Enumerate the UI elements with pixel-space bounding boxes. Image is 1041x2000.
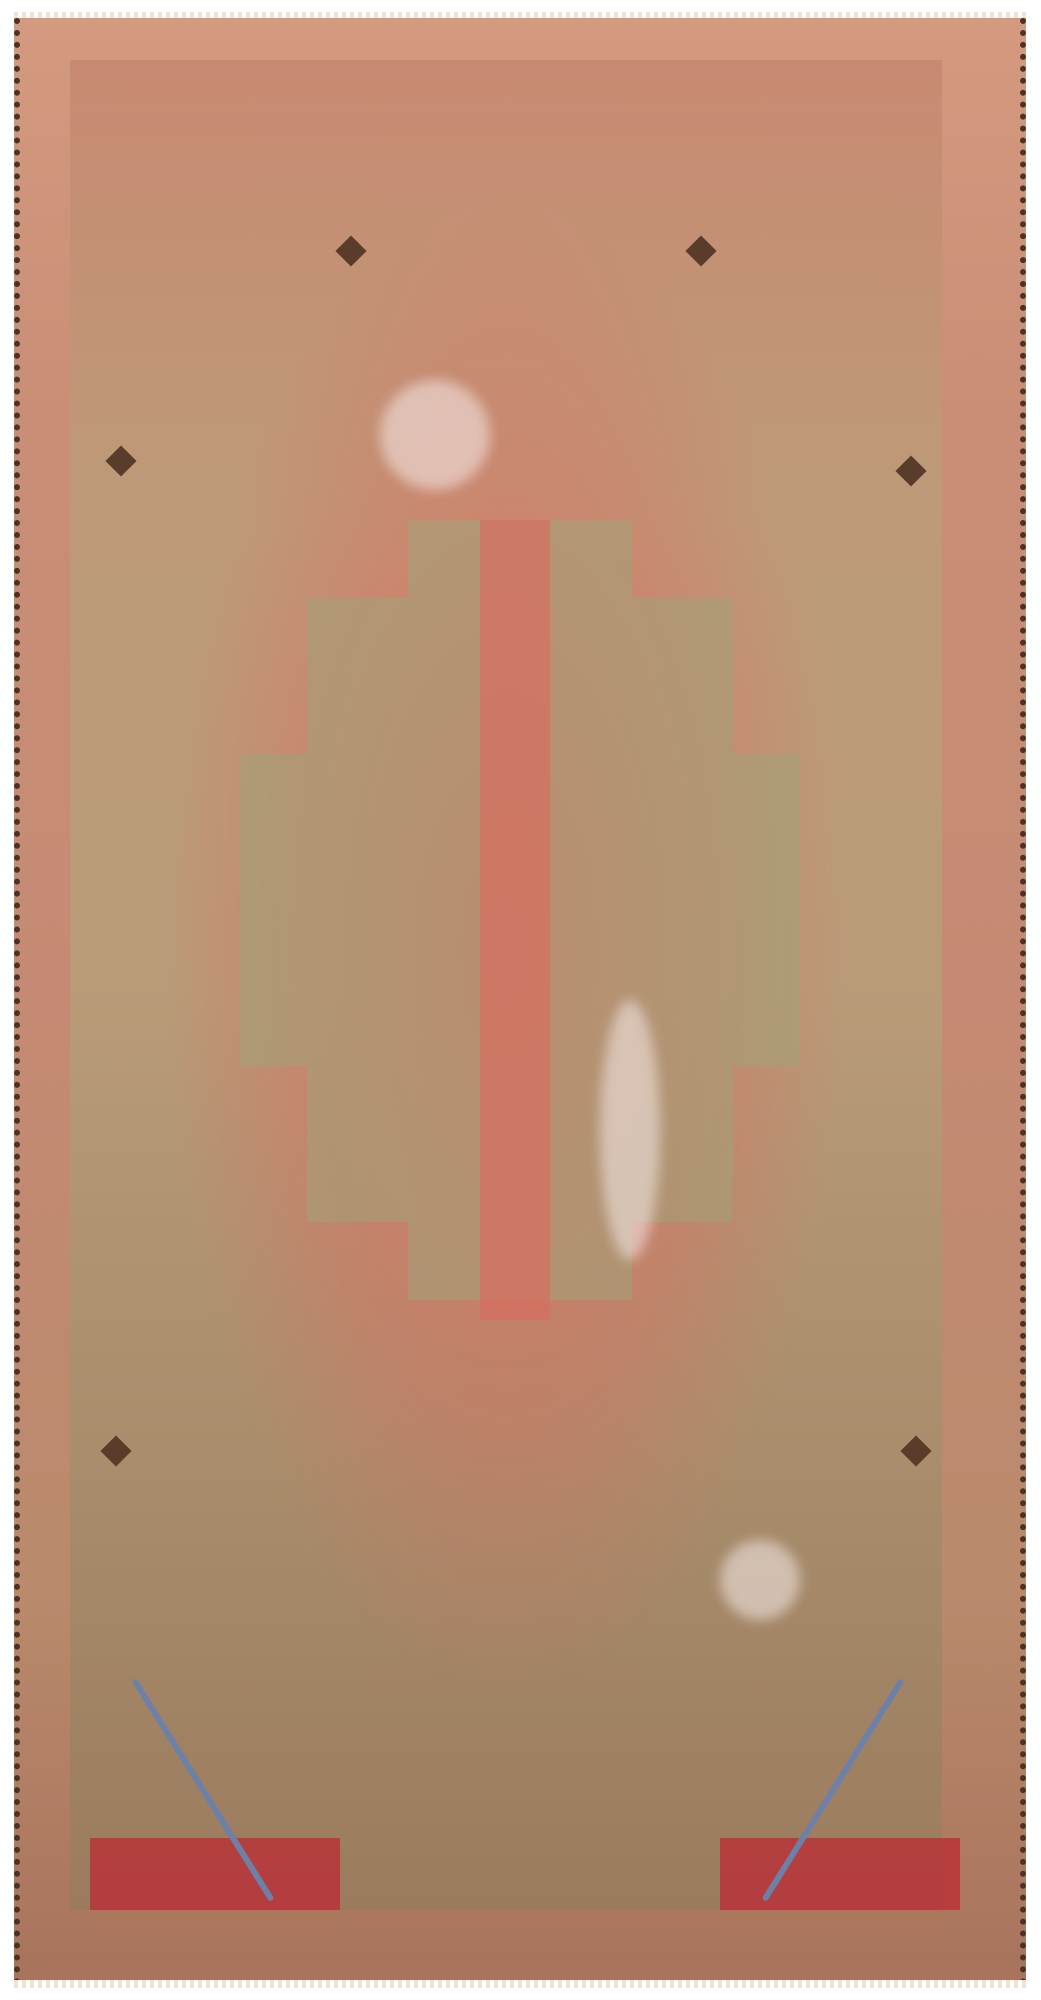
center-bar — [480, 520, 550, 1320]
red-panel-right — [720, 1838, 960, 1910]
worn-spot — [720, 1540, 800, 1620]
red-panel-left — [90, 1838, 340, 1910]
worn-spot — [380, 380, 490, 490]
bottom-fringe — [14, 1980, 1026, 1988]
worn-streak — [600, 1000, 660, 1260]
